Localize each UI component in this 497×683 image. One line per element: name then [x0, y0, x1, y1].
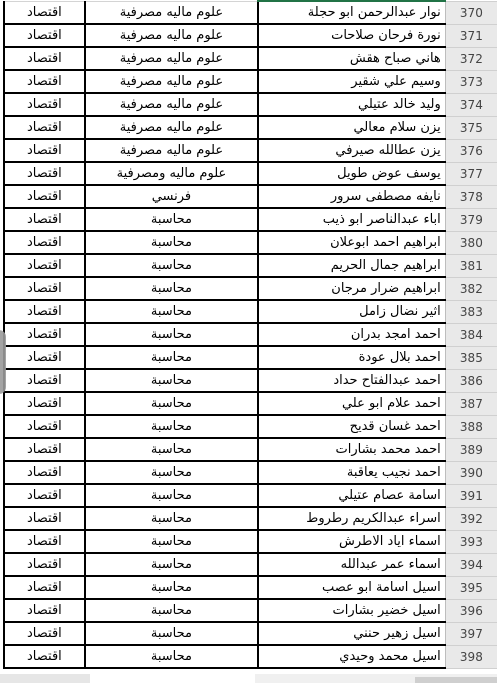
spreadsheet-grid-area: اقتصادعلوم ماليه مصرفيةنوار عبدالرحمن اب…	[0, 0, 497, 674]
table-row: اقتصادعلوم ماليه مصرفيةنوار عبدالرحمن اب…	[4, 1, 497, 24]
cell-name[interactable]: اسيل محمد وحيدي	[258, 645, 445, 668]
cell-major[interactable]: محاسبة	[85, 576, 258, 599]
table-row: اقتصادعلوم ماليه مصرفيةيزن عطالله صيرفي3…	[4, 139, 497, 162]
cell-department[interactable]: اقتصاد	[4, 645, 85, 668]
table-row: اقتصادمحاسبةاحمد غسان قديح388	[4, 415, 497, 438]
cell-department[interactable]: اقتصاد	[4, 438, 85, 461]
cell-major[interactable]: محاسبة	[85, 645, 258, 668]
cell-department[interactable]: اقتصاد	[4, 415, 85, 438]
cell-major[interactable]: محاسبة	[85, 530, 258, 553]
table-row: اقتصادمحاسبةابراهيم ضرار مرجان382	[4, 277, 497, 300]
cell-name[interactable]: احمد امجد بدران	[258, 323, 445, 346]
table-row: اقتصادعلوم ماليه مصرفيةيزن سلام معالي375	[4, 116, 497, 139]
cell-name[interactable]: يزن سلام معالي	[258, 116, 445, 139]
cell-department[interactable]: اقتصاد	[4, 553, 85, 576]
table-row: اقتصادمحاسبةاحمد عبدالفتاح حداد386	[4, 369, 497, 392]
table-row: اقتصادمحاسبةاحمد محمد بشارات389	[4, 438, 497, 461]
cell-major[interactable]: علوم ماليه مصرفية	[85, 93, 258, 116]
cell-name[interactable]: اسامة عصام عتيلي	[258, 484, 445, 507]
table-row: اقتصادمحاسبةاحمد بلال عودة385	[4, 346, 497, 369]
table-row: اقتصادمحاسبةاسيل محمد وحيدي398	[4, 645, 497, 668]
row-header-number[interactable]: 397	[445, 622, 497, 645]
cell-department[interactable]: اقتصاد	[4, 576, 85, 599]
row-header-number[interactable]: 374	[445, 93, 497, 116]
cell-major[interactable]: محاسبة	[85, 438, 258, 461]
cell-department[interactable]: اقتصاد	[4, 346, 85, 369]
cell-department[interactable]: اقتصاد	[4, 47, 85, 70]
table-row: اقتصادمحاسبةاباء عبدالناصر ابو ذيب379	[4, 208, 497, 231]
cell-name[interactable]: اسماء عمر عبدالله	[258, 553, 445, 576]
cell-department[interactable]: اقتصاد	[4, 185, 85, 208]
cell-department[interactable]: اقتصاد	[4, 300, 85, 323]
cell-major[interactable]: محاسبة	[85, 323, 258, 346]
table-row: اقتصادعلوم ماليه مصرفيةوسيم علي شقير373	[4, 70, 497, 93]
cell-department[interactable]: اقتصاد	[4, 208, 85, 231]
cell-major[interactable]: محاسبة	[85, 300, 258, 323]
cell-department[interactable]: اقتصاد	[4, 1, 85, 24]
cell-department[interactable]: اقتصاد	[4, 231, 85, 254]
cell-department[interactable]: اقتصاد	[4, 530, 85, 553]
cell-major[interactable]: محاسبة	[85, 231, 258, 254]
cell-department[interactable]: اقتصاد	[4, 70, 85, 93]
row-header-number[interactable]: 391	[445, 484, 497, 507]
cell-name[interactable]: يوسف عوض طويل	[258, 162, 445, 185]
spreadsheet-table: اقتصادعلوم ماليه مصرفيةنوار عبدالرحمن اب…	[3, 0, 497, 669]
table-row: اقتصادمحاسبةاثير نضال زامل383	[4, 300, 497, 323]
horizontal-scrollbar-area	[0, 674, 497, 683]
cell-name[interactable]: اسراء عبدالكريم رطروط	[258, 507, 445, 530]
cell-major[interactable]: علوم ماليه مصرفية	[85, 1, 258, 24]
cell-department[interactable]: اقتصاد	[4, 93, 85, 116]
cell-department[interactable]: اقتصاد	[4, 323, 85, 346]
cell-major[interactable]: محاسبة	[85, 415, 258, 438]
cell-name[interactable]: اباء عبدالناصر ابو ذيب	[258, 208, 445, 231]
cell-department[interactable]: اقتصاد	[4, 162, 85, 185]
table-body: اقتصادعلوم ماليه مصرفيةنوار عبدالرحمن اب…	[4, 1, 497, 668]
row-header-number[interactable]: 382	[445, 277, 497, 300]
row-header-number[interactable]: 377	[445, 162, 497, 185]
row-header-number[interactable]: 387	[445, 392, 497, 415]
row-header-number[interactable]: 371	[445, 24, 497, 47]
cell-name[interactable]: وليد خالد عتيلي	[258, 93, 445, 116]
cell-department[interactable]: اقتصاد	[4, 507, 85, 530]
tab-split-gap	[90, 674, 255, 683]
cell-name[interactable]: احمد غسان قديح	[258, 415, 445, 438]
table-row: اقتصادمحاسبةاسيل اسامة ابو عصب395	[4, 576, 497, 599]
table-row: اقتصادمحاسبةاسامة عصام عتيلي391	[4, 484, 497, 507]
side-drag-handle[interactable]	[0, 330, 6, 394]
cell-major[interactable]: محاسبة	[85, 254, 258, 277]
cell-major[interactable]: محاسبة	[85, 553, 258, 576]
table-row: اقتصادفرنسينايفه مصطفى سرور378	[4, 185, 497, 208]
cell-major[interactable]: علوم ماليه مصرفية	[85, 24, 258, 47]
cell-department[interactable]: اقتصاد	[4, 599, 85, 622]
row-header-number[interactable]: 373	[445, 70, 497, 93]
table-row: اقتصادمحاسبةاسماء اياد الاطرش393	[4, 530, 497, 553]
table-row: اقتصادمحاسبةاسيل خضير بشارات396	[4, 599, 497, 622]
row-header-number[interactable]: 395	[445, 576, 497, 599]
cell-major[interactable]: محاسبة	[85, 208, 258, 231]
cell-name[interactable]: اسيل خضير بشارات	[258, 599, 445, 622]
cell-name[interactable]: ابراهيم ضرار مرجان	[258, 277, 445, 300]
cell-name[interactable]: نورة فرحان صلاحات	[258, 24, 445, 47]
cell-name[interactable]: اسيل زهير حنني	[258, 622, 445, 645]
cell-department[interactable]: اقتصاد	[4, 622, 85, 645]
row-header-number[interactable]: 388	[445, 415, 497, 438]
cell-name[interactable]: احمد علام ابو علي	[258, 392, 445, 415]
cell-major[interactable]: محاسبة	[85, 346, 258, 369]
cell-name[interactable]: ابراهيم جمال الحريم	[258, 254, 445, 277]
cell-name[interactable]: اثير نضال زامل	[258, 300, 445, 323]
cell-major[interactable]: محاسبة	[85, 622, 258, 645]
cell-department[interactable]: اقتصاد	[4, 484, 85, 507]
row-header-number[interactable]: 379	[445, 208, 497, 231]
cell-major[interactable]: محاسبة	[85, 484, 258, 507]
cell-major[interactable]: محاسبة	[85, 392, 258, 415]
table-row: اقتصادعلوم ماليه مصرفيةوليد خالد عتيلي37…	[4, 93, 497, 116]
row-header-number[interactable]: 383	[445, 300, 497, 323]
cell-major[interactable]: محاسبة	[85, 507, 258, 530]
row-header-number[interactable]: 380	[445, 231, 497, 254]
cell-department[interactable]: اقتصاد	[4, 277, 85, 300]
cell-name[interactable]: احمد نجيب يعاقبة	[258, 461, 445, 484]
table-row: اقتصادمحاسبةابراهيم جمال الحريم381	[4, 254, 497, 277]
cell-major[interactable]: محاسبة	[85, 599, 258, 622]
cell-name[interactable]: احمد عبدالفتاح حداد	[258, 369, 445, 392]
row-header-number[interactable]: 386	[445, 369, 497, 392]
cell-name[interactable]: وسيم علي شقير	[258, 70, 445, 93]
cell-major[interactable]: محاسبة	[85, 277, 258, 300]
cell-name[interactable]: ابراهيم احمد ابوعلان	[258, 231, 445, 254]
cell-name[interactable]: احمد بلال عودة	[258, 346, 445, 369]
cell-name[interactable]: نايفه مصطفى سرور	[258, 185, 445, 208]
cell-major[interactable]: علوم ماليه مصرفية	[85, 70, 258, 93]
row-header-number[interactable]: 372	[445, 47, 497, 70]
cell-name[interactable]: احمد محمد بشارات	[258, 438, 445, 461]
row-header-number[interactable]: 384	[445, 323, 497, 346]
cell-name[interactable]: اسماء اياد الاطرش	[258, 530, 445, 553]
row-header-number[interactable]: 390	[445, 461, 497, 484]
row-header-number[interactable]: 375	[445, 116, 497, 139]
table-row: اقتصادعلوم ماليه مصرفيةهاني صباح هقش372	[4, 47, 497, 70]
row-header-number[interactable]: 392	[445, 507, 497, 530]
cell-department[interactable]: اقتصاد	[4, 254, 85, 277]
row-header-number[interactable]: 396	[445, 599, 497, 622]
table-row: اقتصادعلوم ماليه مصرفيةنورة فرحان صلاحات…	[4, 24, 497, 47]
table-row: اقتصادمحاسبةاسيل زهير حنني397	[4, 622, 497, 645]
table-row: اقتصادمحاسبةاحمد نجيب يعاقبة390	[4, 461, 497, 484]
cell-major[interactable]: علوم ماليه مصرفية	[85, 139, 258, 162]
row-header-number[interactable]: 389	[445, 438, 497, 461]
table-row: اقتصادمحاسبةاحمد امجد بدران384	[4, 323, 497, 346]
row-header-number[interactable]: 398	[445, 645, 497, 668]
row-header-number[interactable]: 378	[445, 185, 497, 208]
row-header-number[interactable]: 385	[445, 346, 497, 369]
row-header-number[interactable]: 376	[445, 139, 497, 162]
cell-name[interactable]: هاني صباح هقش	[258, 47, 445, 70]
cell-name[interactable]: يزن عطالله صيرفي	[258, 139, 445, 162]
cell-department[interactable]: اقتصاد	[4, 392, 85, 415]
table-row: اقتصادمحاسبةاسراء عبدالكريم رطروط392	[4, 507, 497, 530]
row-header-number[interactable]: 393	[445, 530, 497, 553]
cell-name[interactable]: نوار عبدالرحمن ابو حجلة	[258, 1, 445, 24]
cell-major[interactable]: محاسبة	[85, 461, 258, 484]
table-row: اقتصادعلوم ماليه ومصرفيةيوسف عوض طويل377	[4, 162, 497, 185]
cell-department[interactable]: اقتصاد	[4, 116, 85, 139]
cell-department[interactable]: اقتصاد	[4, 369, 85, 392]
cell-major[interactable]: فرنسي	[85, 185, 258, 208]
row-header-number[interactable]: 381	[445, 254, 497, 277]
cell-major[interactable]: علوم ماليه مصرفية	[85, 116, 258, 139]
table-row: اقتصادمحاسبةابراهيم احمد ابوعلان380	[4, 231, 497, 254]
row-header-number[interactable]: 370	[445, 1, 497, 24]
sheet-tabs-area[interactable]	[0, 674, 90, 683]
cell-major[interactable]: علوم ماليه مصرفية	[85, 47, 258, 70]
table-row: اقتصادمحاسبةاحمد علام ابو علي387	[4, 392, 497, 415]
horizontal-scrollbar-thumb[interactable]	[415, 677, 497, 683]
cell-department[interactable]: اقتصاد	[4, 139, 85, 162]
cell-major[interactable]: علوم ماليه ومصرفية	[85, 162, 258, 185]
cell-department[interactable]: اقتصاد	[4, 24, 85, 47]
cell-department[interactable]: اقتصاد	[4, 461, 85, 484]
cell-major[interactable]: محاسبة	[85, 369, 258, 392]
table-row: اقتصادمحاسبةاسماء عمر عبدالله394	[4, 553, 497, 576]
row-header-number[interactable]: 394	[445, 553, 497, 576]
cell-name[interactable]: اسيل اسامة ابو عصب	[258, 576, 445, 599]
